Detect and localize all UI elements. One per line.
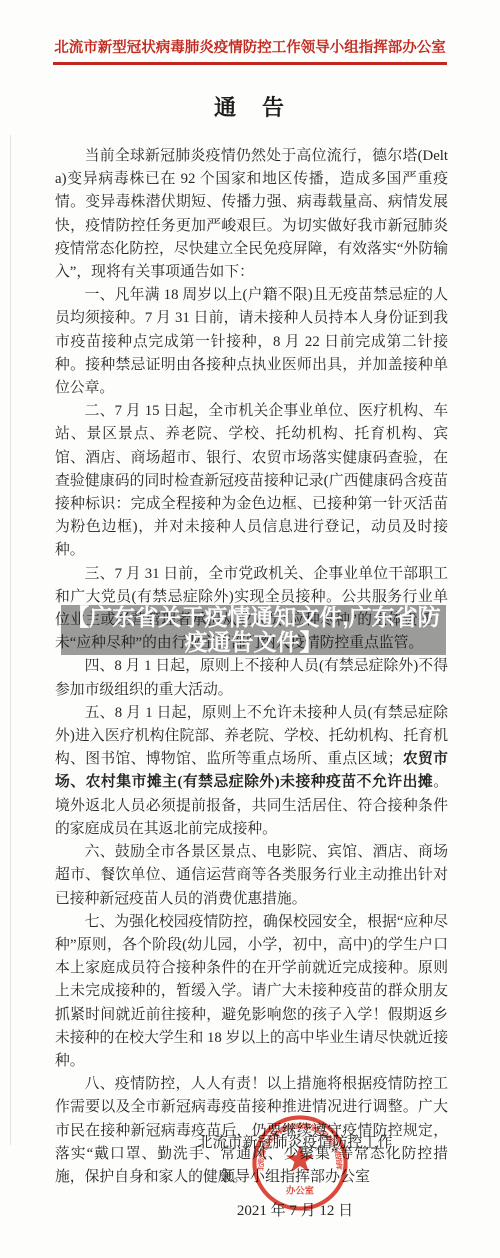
star-icon bbox=[286, 1145, 314, 1172]
paragraph-run: 四、8 月 1 日起，原则上不接种人员(有禁忌症除外)不得参加市级组织的重大活动… bbox=[55, 658, 448, 697]
paragraph: 五、8 月 1 日起，原则上不允许未接种人员(有禁忌症除外)进入医疗机构住院部、… bbox=[55, 702, 448, 841]
seal-office-text: 办公室 bbox=[286, 1184, 315, 1196]
watermark-text: 【广东省关于疫情通知文件,广东省防疫通告文件】 bbox=[61, 605, 446, 655]
paragraph-run: 一、凡年满 18 周岁以上(户籍不限)且无疫苗禁忌症的人员均须接种。7 月 31… bbox=[55, 287, 448, 396]
official-seal: 北流市新型冠状病毒肺炎疫情防控工作领导小组指挥部 办公室 bbox=[251, 1114, 349, 1212]
paragraph-run: 五、8 月 1 日起，原则上不允许未接种人员(有禁忌症除外)进入医疗机构住院部、… bbox=[55, 705, 448, 767]
paragraph: 六、鼓励全市各景区景点、电影院、宾馆、酒店、商场超市、餐饮单位、通信运营商等各类… bbox=[55, 841, 448, 911]
paragraph: 七、为强化校园疫情防控，确保校园安全，根据“应种尽种”原则，各个阶段(幼儿园，小… bbox=[55, 911, 448, 1073]
doc-title: 通 告 bbox=[0, 91, 500, 122]
paragraph: 二、7 月 15 日起，全市机关企事业单位、医疗机构、车站、景区景点、养老院、学… bbox=[55, 400, 448, 562]
scan-artifact-line bbox=[10, 135, 11, 1145]
paragraph: 当前全球新冠肺炎疫情仍然处于高位流行，德尔塔(Delta)变异病毒株已在 92 … bbox=[55, 145, 448, 284]
document-body: 当前全球新冠肺炎疫情仍然处于高位流行，德尔塔(Delta)变异病毒株已在 92 … bbox=[55, 145, 448, 1189]
watermark-overlay: 【广东省关于疫情通知文件,广东省防疫通告文件】 bbox=[61, 605, 446, 655]
paragraph: 一、凡年满 18 周岁以上(户籍不限)且无疫苗禁忌症的人员均须接种。7 月 31… bbox=[55, 284, 448, 400]
paragraph-run: 七、为强化校园疫情防控，确保校园安全，根据“应种尽种”原则，各个阶段(幼儿园，小… bbox=[55, 914, 448, 1069]
paragraph-run: 二、7 月 15 日起，全市机关企事业单位、医疗机构、车站、景区景点、养老院、学… bbox=[55, 403, 448, 558]
paragraph-run: 当前全球新冠肺炎疫情仍然处于高位流行，德尔塔(Delta)变异病毒株已在 92 … bbox=[55, 148, 448, 280]
paragraph-run: 六、鼓励全市各景区景点、电影院、宾馆、酒店、商场超市、餐饮单位、通信运营商等各类… bbox=[55, 844, 448, 906]
paragraph: 四、8 月 1 日起，原则上不接种人员(有禁忌症除外)不得参加市级组织的重大活动… bbox=[55, 655, 448, 701]
notice-page: 北流市新型冠状病毒肺炎疫情防控工作领导小组指挥部办公室 通 告 当前全球新冠肺炎… bbox=[0, 0, 500, 1258]
issuing-office-title: 北流市新型冠状病毒肺炎疫情防控工作领导小组指挥部办公室 bbox=[53, 36, 447, 65]
